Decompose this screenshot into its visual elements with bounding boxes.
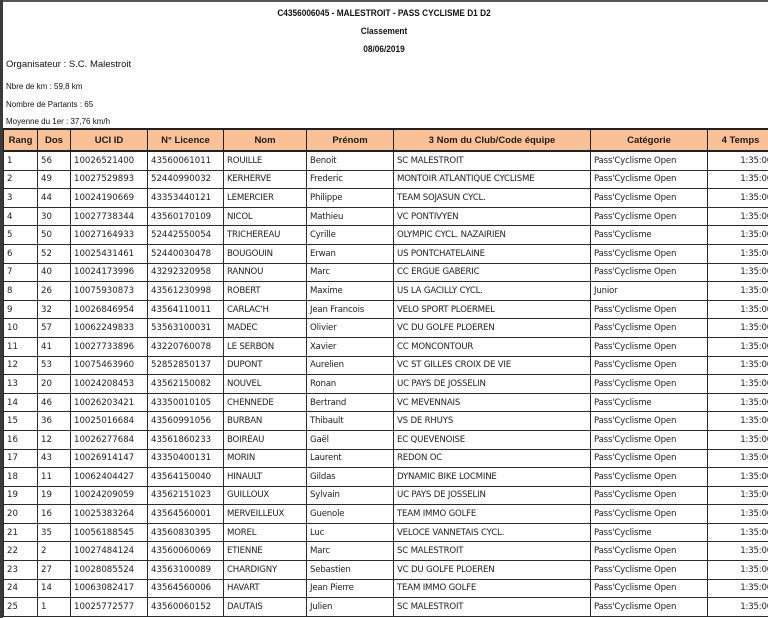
cell-uci-id: 10024209059 [71,486,148,505]
cell-categorie: Pass'Cyclisme Open [591,598,708,617]
cell-nom: DUPONT [224,356,307,375]
column-header-licence: N° Licence [148,129,224,151]
cell-prenom: Maxime [307,282,394,301]
cell-temps: 1:35:00 [708,300,768,319]
cell-nom: CARLAC'H [224,300,307,319]
cell-temps: 1:35:00 [708,170,768,189]
cell-nom: HINAULT [224,468,307,487]
cell-categorie: Pass'Cyclisme Open [591,486,708,505]
cell-uci-id: 10025431461 [71,244,148,263]
cell-licence: 43350400131 [148,449,224,468]
cell-rang: 16 [4,430,38,449]
column-header-rang: Rang [4,129,38,151]
cell-uci-id: 10062249833 [71,319,148,338]
cell-categorie: Junior [591,282,708,301]
cell-licence: 43220760078 [148,337,224,356]
cell-uci-id: 10026521400 [71,151,148,170]
cell-categorie: Pass'Cyclisme Open [591,561,708,580]
cell-rang: 10 [4,319,38,338]
cell-dos: 41 [38,337,71,356]
cell-club: VC DU GOLFE PLOEREN [394,319,591,338]
cell-nom: KERHERVE [224,170,307,189]
table-row: 2511002577257743560060152DAUTAISJulienSC… [4,598,768,617]
cell-rang: 25 [4,598,38,617]
cell-nom: ROUILLE [224,151,307,170]
cell-uci-id: 10062404427 [71,468,148,487]
cell-rang: 2 [4,170,38,189]
cell-dos: 52 [38,244,71,263]
cell-nom: ROBERT [224,282,307,301]
cell-club: REDON OC [394,449,591,468]
cell-rang: 9 [4,300,38,319]
cell-club: VC MEVENNAIS [394,393,591,412]
cell-uci-id: 10025772577 [71,598,148,617]
cell-rang: 18 [4,468,38,487]
cell-temps: 1:35:00 [708,523,768,542]
race-title: C4356006045 - MALESTROIT - PASS CYCLISME… [31,8,738,18]
cell-nom: BURBAN [224,412,307,431]
cell-temps: 1:35:00 [708,337,768,356]
cell-dos: 1 [38,598,71,617]
cell-licence: 43560830395 [148,523,224,542]
cell-uci-id: 10075463960 [71,356,148,375]
cell-rang: 1 [4,151,38,170]
cell-nom: LE SERBON [224,337,307,356]
table-row: 3441002419066943353440121LEMERCIERPhilip… [4,189,768,208]
cell-club: UC PAYS DE JOSSELIN [394,375,591,394]
cell-club: SC MALESTROIT [394,151,591,170]
cell-prenom: Erwan [307,244,394,263]
results-table-body: 1561002652140043560061011ROUILLEBenoitSC… [4,151,768,616]
cell-dos: 20 [38,375,71,394]
table-row: 10571006224983353563100031MADECOlivierVC… [4,319,768,338]
column-header-dos: Dos [38,129,71,151]
cell-club: TEAM IMMO GOLFE [394,505,591,524]
cell-licence: 43560170109 [148,207,224,226]
average-speed-label: Moyenne du 1er : 37,76 km/h [6,117,110,126]
cell-categorie: Pass'Cyclisme Open [591,151,708,170]
cell-prenom: Gildas [307,468,394,487]
table-row: 23271002808552443563100089CHARDIGNYSebas… [4,561,768,580]
cell-temps: 1:35:00 [708,505,768,524]
table-row: 4301002773834443560170109NICOLMathieuVC … [4,207,768,226]
cell-club: VS DE RHUYS [394,412,591,431]
cell-rang: 6 [4,244,38,263]
cell-uci-id: 10027164933 [71,226,148,245]
cell-categorie: Pass'Cyclisme Open [591,170,708,189]
cell-dos: 50 [38,226,71,245]
cell-categorie: Pass'Cyclisme Open [591,412,708,431]
cell-nom: MOREL [224,523,307,542]
cell-prenom: Gaël [307,430,394,449]
frame-top-border [0,0,768,2]
cell-rang: 5 [4,226,38,245]
cell-nom: MORIN [224,449,307,468]
cell-temps: 1:35:00 [708,244,768,263]
cell-uci-id: 10075930873 [71,282,148,301]
cell-prenom: Bertrand [307,393,394,412]
cell-nom: LEMERCIER [224,189,307,208]
cell-dos: 56 [38,151,71,170]
cell-licence: 52440030478 [148,244,224,263]
cell-licence: 43564110011 [148,300,224,319]
cell-dos: 16 [38,505,71,524]
cell-club: US PONTCHATELAINE [394,244,591,263]
cell-licence: 43563100089 [148,561,224,580]
cell-club: TEAM SOJASUN CYCL. [394,189,591,208]
cell-uci-id: 10027529893 [71,170,148,189]
cell-rang: 22 [4,542,38,561]
cell-rang: 20 [4,505,38,524]
cell-club: VC PONTIVYEN [394,207,591,226]
cell-dos: 12 [38,430,71,449]
cell-uci-id: 10026203421 [71,393,148,412]
table-row: 17431002691414743350400131MORINLaurentRE… [4,449,768,468]
cell-club: UC PAYS DE JOSSELIN [394,486,591,505]
cell-temps: 1:35:00 [708,486,768,505]
cell-club: VC DU GOLFE PLOEREN [394,561,591,580]
cell-prenom: Guenole [307,505,394,524]
cell-temps: 1:35:00 [708,375,768,394]
cell-licence: 43560060069 [148,542,224,561]
race-date: 08/06/2019 [31,44,738,54]
cell-uci-id: 10027738344 [71,207,148,226]
table-row: 8261007593087343561230998ROBERTMaximeUS … [4,282,768,301]
cell-prenom: Aurelien [307,356,394,375]
cell-dos: 57 [38,319,71,338]
table-row: 18111006240442743564150040HINAULTGildasD… [4,468,768,487]
cell-dos: 27 [38,561,71,580]
cell-rang: 3 [4,189,38,208]
cell-temps: 1:35:00 [708,263,768,282]
cell-uci-id: 10024190669 [71,189,148,208]
cell-uci-id: 10025383264 [71,505,148,524]
organisateur-label: Organisateur : S.C. Malestroit [6,59,131,70]
cell-temps: 1:35:00 [708,226,768,245]
cell-temps: 1:35:00 [708,282,768,301]
cell-rang: 23 [4,561,38,580]
table-row: 11411002773389643220760078LE SERBONXavie… [4,337,768,356]
table-row: 12531007546396052852850137DUPONTAurelien… [4,356,768,375]
cell-dos: 19 [38,486,71,505]
cell-nom: TRICHEREAU [224,226,307,245]
cell-nom: HAVART [224,579,307,598]
cell-categorie: Pass'Cyclisme Open [591,244,708,263]
cell-licence: 43560060152 [148,598,224,617]
cell-dos: 40 [38,263,71,282]
cell-uci-id: 10063082417 [71,579,148,598]
cell-dos: 2 [38,542,71,561]
cell-dos: 44 [38,189,71,208]
cell-categorie: Pass'Cyclisme Open [591,300,708,319]
cell-temps: 1:35:00 [708,598,768,617]
table-row: 5501002716493352442550054TRICHEREAUCyril… [4,226,768,245]
column-header-nom: Nom [224,129,307,151]
cell-club: CC ERGUE GABERIC [394,263,591,282]
cell-licence: 43560061011 [148,151,224,170]
cell-categorie: Pass'Cyclisme Open [591,375,708,394]
cell-temps: 1:35:00 [708,561,768,580]
table-row: 15361002501668443560991056BURBANThibault… [4,412,768,431]
cell-licence: 43562151023 [148,486,224,505]
cell-licence: 43350010105 [148,393,224,412]
cell-licence: 43562150082 [148,375,224,394]
cell-licence: 43561860233 [148,430,224,449]
cell-prenom: Cyrille [307,226,394,245]
cell-prenom: Jean Francois [307,300,394,319]
cell-prenom: Ronan [307,375,394,394]
cell-club: VELOCE VANNETAIS CYCL. [394,523,591,542]
cell-nom: MADEC [224,319,307,338]
cell-club: SC MALESTROIT [394,598,591,617]
classement-heading: Classement [31,26,738,36]
table-row: 6521002543146152440030478BOUGOUINErwanUS… [4,244,768,263]
cell-dos: 30 [38,207,71,226]
cell-temps: 1:35:00 [708,468,768,487]
cell-uci-id: 10025016684 [71,412,148,431]
cell-categorie: Pass'Cyclisme Open [591,468,708,487]
cell-temps: 1:35:00 [708,412,768,431]
cell-nom: DAUTAIS [224,598,307,617]
cell-uci-id: 10026846954 [71,300,148,319]
cell-prenom: Julien [307,598,394,617]
cell-rang: 8 [4,282,38,301]
cell-licence: 52440990032 [148,170,224,189]
cell-temps: 1:35:00 [708,542,768,561]
cell-categorie: Pass'Cyclisme Open [591,449,708,468]
cell-categorie: Pass'Cyclisme Open [591,207,708,226]
column-header-uci-id: UCI ID [71,129,148,151]
cell-dos: 14 [38,579,71,598]
cell-prenom: Sylvain [307,486,394,505]
cell-nom: NICOL [224,207,307,226]
cell-temps: 1:35:00 [708,449,768,468]
cell-uci-id: 10024173996 [71,263,148,282]
cell-categorie: Pass'Cyclisme Open [591,505,708,524]
cell-licence: 43292320958 [148,263,224,282]
cell-club: OLYMPIC CYCL. NAZAIRIEN [394,226,591,245]
cell-rang: 12 [4,356,38,375]
table-row: 1561002652140043560061011ROUILLEBenoitSC… [4,151,768,170]
cell-club: VELO SPORT PLOERMEL [394,300,591,319]
cell-dos: 36 [38,412,71,431]
cell-temps: 1:35:00 [708,207,768,226]
cell-nom: BOUGOUIN [224,244,307,263]
cell-uci-id: 10027733896 [71,337,148,356]
cell-prenom: Benoit [307,151,394,170]
table-row: 24141006308241743564560006HAVARTJean Pie… [4,579,768,598]
table-row: 2491002752989352440990032KERHERVEFrederi… [4,170,768,189]
table-row: 13201002420845343562150082NOUVELRonanUC … [4,375,768,394]
cell-temps: 1:35:00 [708,189,768,208]
cell-licence: 53563100031 [148,319,224,338]
cell-dos: 11 [38,468,71,487]
cell-dos: 32 [38,300,71,319]
cell-uci-id: 10028085524 [71,561,148,580]
cell-categorie: Pass'Cyclisme [591,226,708,245]
cell-categorie: Pass'Cyclisme Open [591,263,708,282]
distance-label: Nbre de km : 59,8 km [6,82,82,91]
column-header-club: 3 Nom du Club/Code équipe [394,129,591,151]
cell-rang: 24 [4,579,38,598]
column-header-prenom: Prénom [307,129,394,151]
table-row: 2221002748412443560060069ETIENNEMarcSC M… [4,542,768,561]
table-row: 20161002538326443564560001MERVEILLEUXGue… [4,505,768,524]
cell-nom: CHENNEDE [224,393,307,412]
cell-uci-id: 10056188545 [71,523,148,542]
cell-club: VC ST GILLES CROIX DE VIE [394,356,591,375]
cell-uci-id: 10024208453 [71,375,148,394]
cell-prenom: Philippe [307,189,394,208]
cell-uci-id: 10026914147 [71,449,148,468]
table-row: 19191002420905943562151023GUILLOUXSylvai… [4,486,768,505]
cell-categorie: Pass'Cyclisme [591,523,708,542]
cell-club: US LA GACILLY CYCL. [394,282,591,301]
cell-licence: 43564150040 [148,468,224,487]
cell-categorie: Pass'Cyclisme Open [591,337,708,356]
cell-categorie: Pass'Cyclisme Open [591,430,708,449]
cell-categorie: Pass'Cyclisme Open [591,356,708,375]
cell-licence: 43353440121 [148,189,224,208]
cell-rang: 14 [4,393,38,412]
cell-club: SC MALESTROIT [394,542,591,561]
cell-dos: 49 [38,170,71,189]
cell-licence: 43560991056 [148,412,224,431]
cell-uci-id: 10027484124 [71,542,148,561]
cell-licence: 43564560006 [148,579,224,598]
cell-temps: 1:35:00 [708,393,768,412]
cell-categorie: Pass'Cyclisme [591,393,708,412]
table-row: 21351005618854543560830395MORELLucVELOCE… [4,523,768,542]
cell-prenom: Frederic [307,170,394,189]
cell-temps: 1:35:00 [708,430,768,449]
cell-uci-id: 10026277684 [71,430,148,449]
cell-club: TEAM IMMO GOLFE [394,579,591,598]
cell-club: CC MONCONTOUR [394,337,591,356]
column-header-categorie: Catégorie [591,129,708,151]
cell-categorie: Pass'Cyclisme Open [591,579,708,598]
cell-club: MONTOIR ATLANTIQUE CYCLISME [394,170,591,189]
cell-nom: CHARDIGNY [224,561,307,580]
cell-prenom: Marc [307,263,394,282]
column-header-temps: 4 Temps [708,129,768,151]
cell-temps: 1:35:00 [708,319,768,338]
cell-prenom: Mathieu [307,207,394,226]
cell-club: EC QUEVENOISE [394,430,591,449]
cell-licence: 43564560001 [148,505,224,524]
cell-dos: 26 [38,282,71,301]
cell-rang: 21 [4,523,38,542]
cell-rang: 4 [4,207,38,226]
cell-nom: GUILLOUX [224,486,307,505]
cell-prenom: Laurent [307,449,394,468]
cell-rang: 17 [4,449,38,468]
cell-rang: 13 [4,375,38,394]
cell-dos: 35 [38,523,71,542]
cell-temps: 1:35:00 [708,579,768,598]
cell-nom: ETIENNE [224,542,307,561]
table-row: 14461002620342143350010105CHENNEDEBertra… [4,393,768,412]
cell-temps: 1:35:00 [708,356,768,375]
cell-prenom: Jean Pierre [307,579,394,598]
cell-licence: 52852850137 [148,356,224,375]
cell-categorie: Pass'Cyclisme Open [591,319,708,338]
cell-categorie: Pass'Cyclisme Open [591,542,708,561]
cell-rang: 7 [4,263,38,282]
cell-licence: 52442550054 [148,226,224,245]
table-header-row: RangDosUCI IDN° LicenceNomPrénom3 Nom du… [4,129,768,151]
table-row: 16121002627768443561860233BOIREAUGaëlEC … [4,430,768,449]
cell-temps: 1:35:00 [708,151,768,170]
table-row: 9321002684695443564110011CARLAC'HJean Fr… [4,300,768,319]
cell-rang: 11 [4,337,38,356]
table-row: 7401002417399643292320958RANNOUMarcCC ER… [4,263,768,282]
cell-prenom: Xavier [307,337,394,356]
cell-dos: 53 [38,356,71,375]
starters-count-label: Nombre de Partants : 65 [6,100,93,109]
cell-dos: 43 [38,449,71,468]
cell-licence: 43561230998 [148,282,224,301]
results-table: RangDosUCI IDN° LicenceNomPrénom3 Nom du… [3,128,768,617]
cell-club: DYNAMIC BIKE LOCMINE [394,468,591,487]
cell-nom: NOUVEL [224,375,307,394]
cell-nom: RANNOU [224,263,307,282]
cell-nom: BOIREAU [224,430,307,449]
cell-rang: 15 [4,412,38,431]
cell-prenom: Sebastien [307,561,394,580]
cell-nom: MERVEILLEUX [224,505,307,524]
cell-prenom: Luc [307,523,394,542]
cell-prenom: Olivier [307,319,394,338]
cell-prenom: Marc [307,542,394,561]
cell-dos: 46 [38,393,71,412]
cell-rang: 19 [4,486,38,505]
cell-categorie: Pass'Cyclisme Open [591,189,708,208]
cell-prenom: Thibault [307,412,394,431]
